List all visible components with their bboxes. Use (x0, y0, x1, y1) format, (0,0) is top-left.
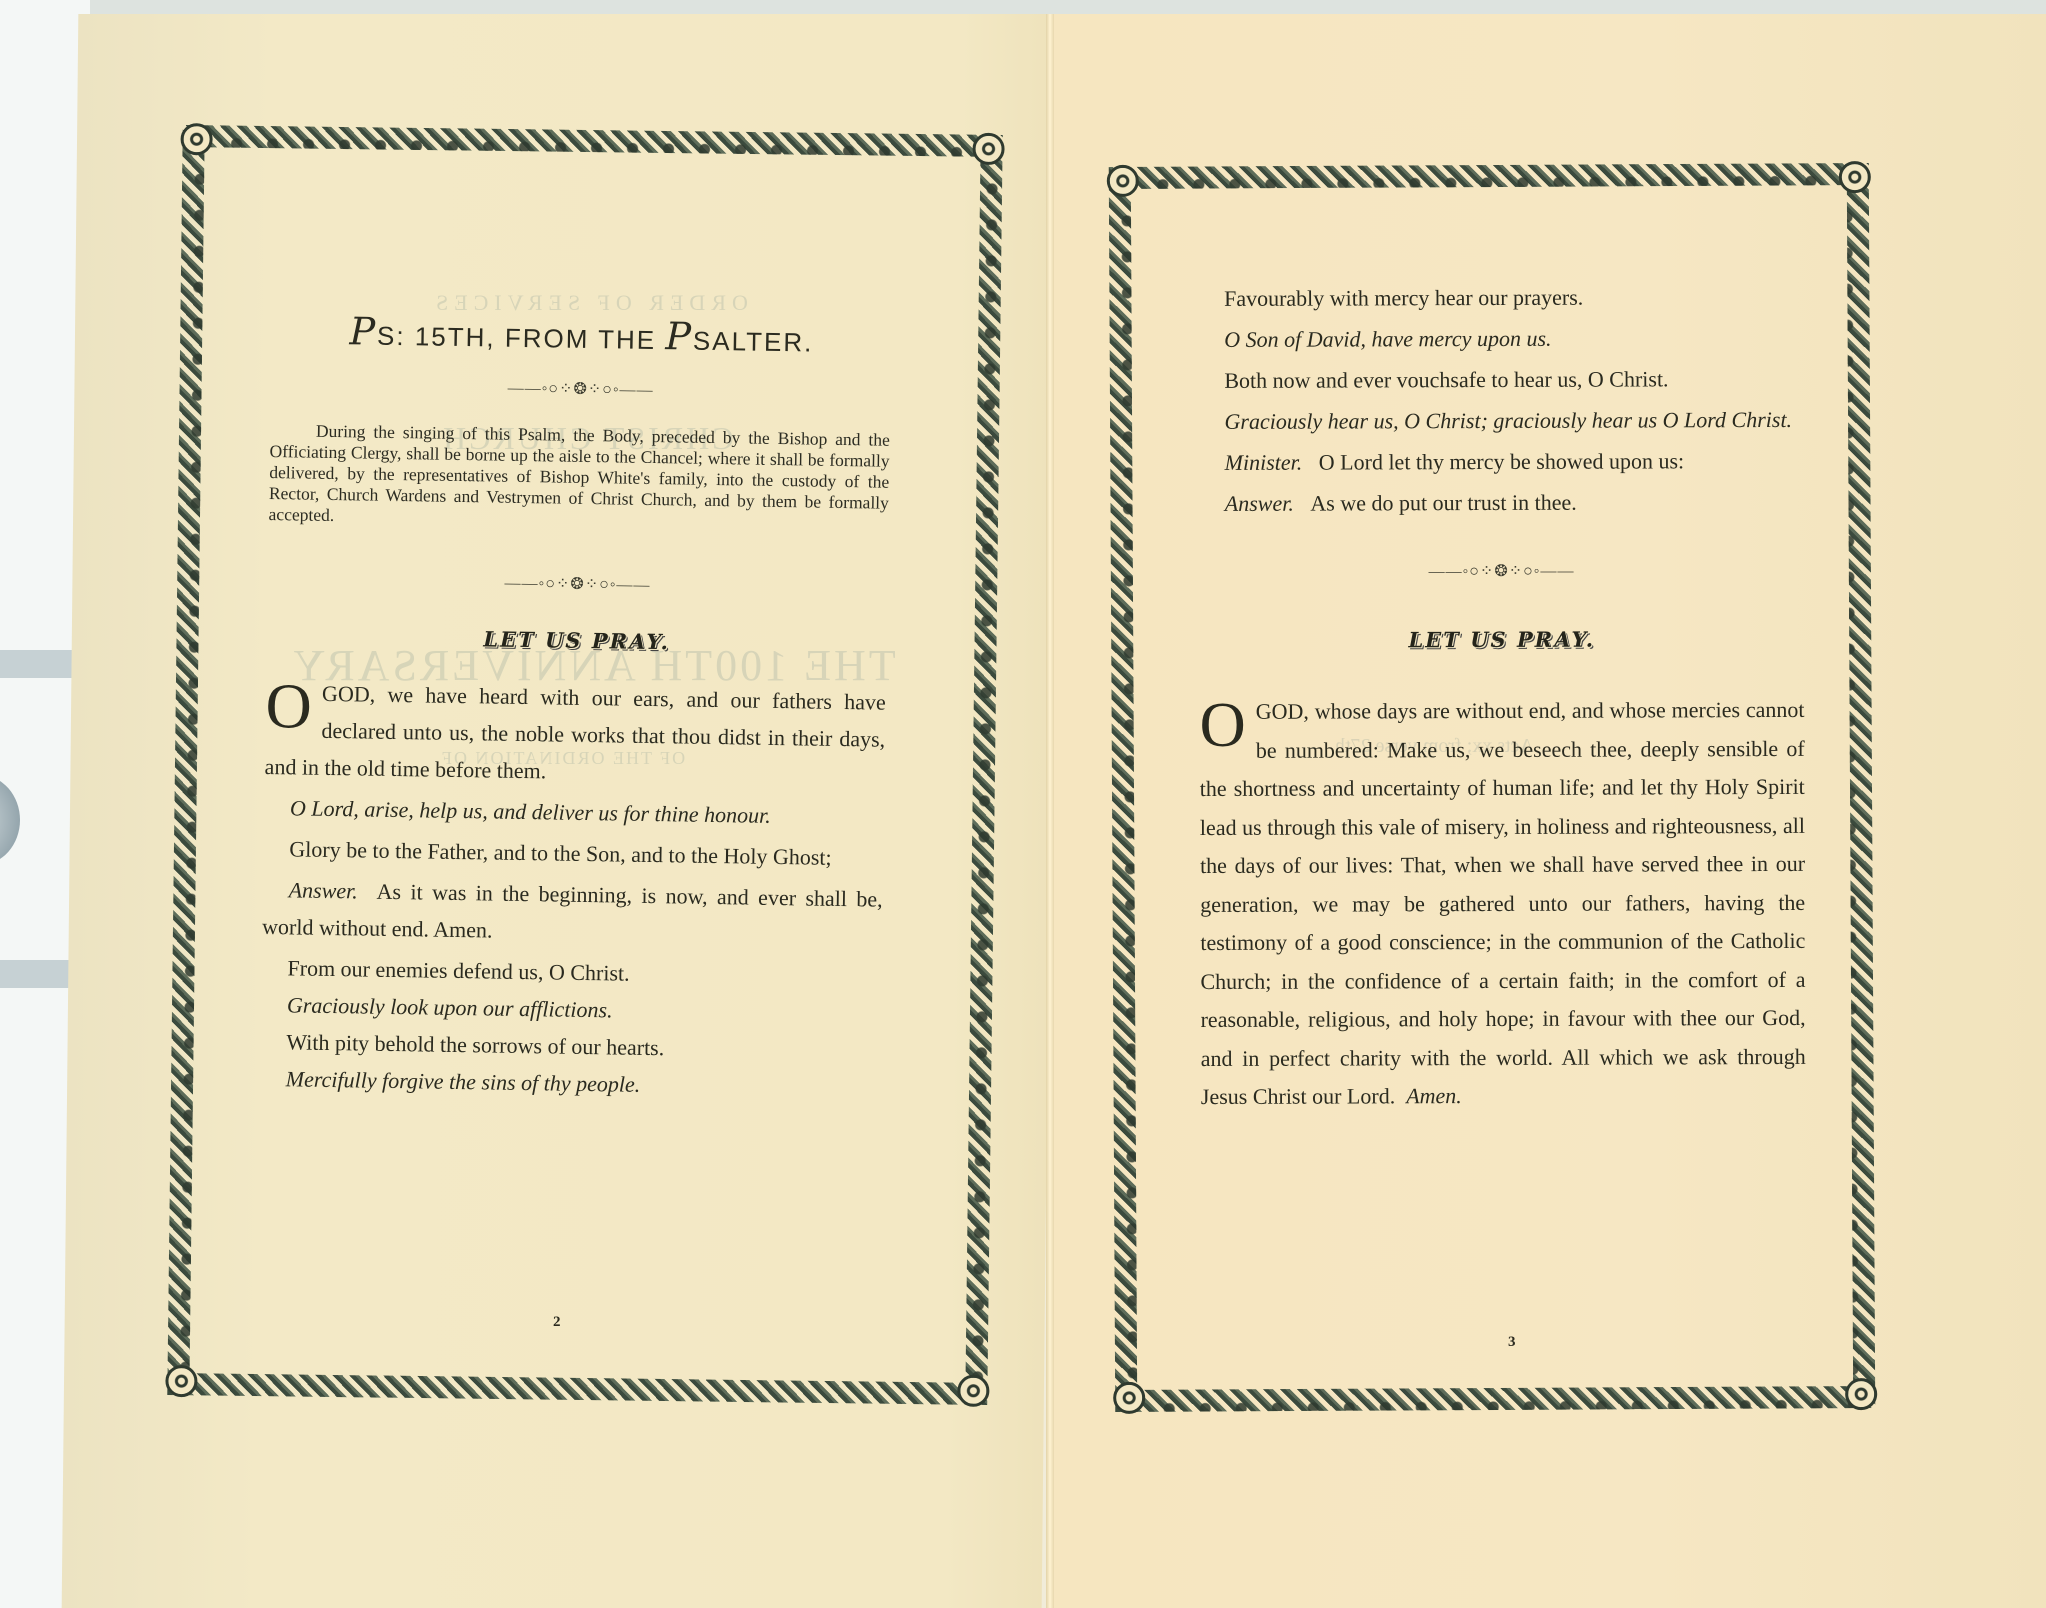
let-us-pray-heading: LET US PRAY. (267, 623, 887, 658)
versicle: O Son of David, have mercy upon us. (1198, 319, 1803, 358)
rubric-text: During the singing of this Psalm, the Bo… (268, 420, 890, 535)
corner-leaf-icon (1113, 1382, 1145, 1414)
corner-leaf-icon (957, 1375, 989, 1407)
drop-cap: O (265, 680, 312, 733)
title-initial: P (665, 314, 693, 358)
prayer-paragraph: OGOD, whose days are without end, and wh… (1199, 691, 1805, 1117)
title-text: salter. (693, 326, 814, 358)
versicle: Favourably with mercy hear our prayers. (1198, 278, 1803, 317)
drop-cap: O (1199, 699, 1245, 751)
response-label: Answer. (1225, 491, 1294, 516)
left-page: Ps: 15th, from the Psalter. ——◦○⁘❂⁘○◦—— … (259, 300, 891, 1107)
versicle: Glory be to the Father, and to the Son, … (263, 830, 884, 877)
minister-label: Minister. (1225, 450, 1303, 475)
center-fold (1046, 14, 1054, 1608)
ornament-divider: ——◦○⁘❂⁘○◦—— (1199, 560, 1804, 582)
minister-text: O Lord let thy mercy be showed upon us: (1319, 448, 1684, 474)
page-number: 3 (1508, 1334, 1516, 1351)
versicle: Both now and ever vouchsafe to hear us, … (1198, 360, 1803, 399)
right-page: Favourably with mercy hear our prayers. … (1198, 278, 1806, 1121)
page-number: 2 (553, 1314, 561, 1331)
ornament-divider: ——◦○⁘❂⁘○◦—— (267, 569, 887, 599)
versicles-block: Favourably with mercy hear our prayers. … (1198, 278, 1804, 522)
versicle: Minister. O Lord let thy mercy be showed… (1199, 442, 1804, 481)
rubric: During the singing of this Psalm, the Bo… (268, 420, 890, 535)
corner-leaf-icon (972, 133, 1004, 165)
response-text: As we do put our trust in thee. (1310, 490, 1576, 516)
versicle: Answer. As we do put our trust in thee. (1199, 483, 1804, 522)
title-initial: P (349, 309, 377, 353)
prayer-body: OGOD, whose days are without end, and wh… (1199, 691, 1805, 1117)
scanner-hinge (0, 775, 20, 865)
prayer-text: GOD, we have heard with our ears, and ou… (264, 681, 885, 784)
ornament-divider: ——◦○⁘❂⁘○◦—— (271, 374, 891, 404)
versicle: Graciously hear us, O Christ; graciously… (1198, 401, 1803, 440)
prayer-body: OGOD, we have heard with our ears, and o… (259, 674, 886, 1107)
corner-leaf-icon (1839, 161, 1871, 193)
title-text: s: 15th, from the (377, 321, 666, 356)
psalm-title: Ps: 15th, from the Psalter. (271, 308, 892, 362)
amen-text: Amen. (1406, 1083, 1462, 1108)
corner-leaf-icon (180, 123, 212, 155)
versicle: O Lord, arise, help us, and deliver us f… (264, 789, 885, 836)
prayer-paragraph: OGOD, we have heard with our ears, and o… (264, 674, 886, 795)
corner-leaf-icon (1845, 1378, 1877, 1410)
scanner-top-edge (0, 0, 2046, 14)
corner-leaf-icon (165, 1365, 197, 1397)
response-label: Answer. (289, 877, 358, 903)
corner-leaf-icon (1107, 165, 1139, 197)
let-us-pray-heading: LET US PRAY. (1199, 626, 1804, 653)
versicle: Answer. As it was in the beginning, is n… (262, 871, 883, 955)
prayer-text: GOD, whose days are without end, and who… (1200, 697, 1806, 1109)
